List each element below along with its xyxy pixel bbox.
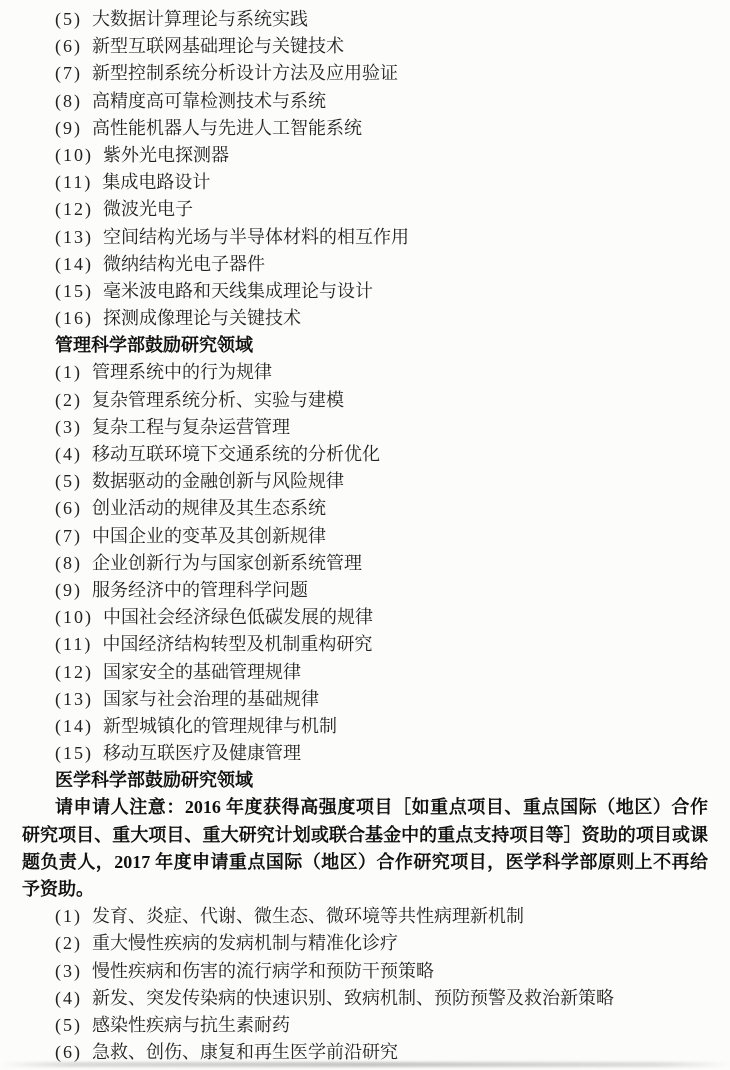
list-item-number: (11) — [55, 169, 92, 196]
list-item: (15)毫米波电路和天线集成理论与设计 — [22, 278, 708, 305]
notice-line: 予资助。 — [22, 876, 708, 903]
list-item: (10)中国社会经济绿色低碳发展的规律 — [22, 604, 708, 631]
list-item-number: (5) — [55, 1012, 82, 1039]
list-item-text: 发育、炎症、代谢、微生态、微环境等共性病理新机制 — [92, 906, 524, 926]
list-item-text: 移动互联环境下交通系统的分析优化 — [92, 444, 380, 464]
list-item-number: (12) — [55, 196, 93, 223]
list-item: (2)重大慢性疾病的发病机制与精准化诊疗 — [22, 930, 708, 957]
list-item-number: (14) — [55, 251, 93, 278]
list-item-text: 新型互联网基础理论与关键技术 — [92, 36, 344, 56]
list-item-text: 紫外光电探测器 — [103, 145, 229, 165]
list-item-number: (4) — [55, 441, 82, 468]
list-item-text: 复杂工程与复杂运营管理 — [92, 417, 290, 437]
list-item: (12)国家安全的基础管理规律 — [22, 659, 708, 686]
list-item-number: (15) — [55, 740, 93, 767]
list-item: (7)中国企业的变革及其创新规律 — [22, 523, 708, 550]
list-item-text: 新发、突发传染病的快速识别、致病机制、预防预警及救治新策略 — [92, 988, 614, 1008]
list-item-text: 企业创新行为与国家创新系统管理 — [92, 553, 362, 573]
list-item: (3)复杂工程与复杂运营管理 — [22, 414, 708, 441]
list-item-text: 中国企业的变革及其创新规律 — [92, 526, 326, 546]
list-item: (15)移动互联医疗及健康管理 — [22, 740, 708, 767]
list-item-text: 移动互联医疗及健康管理 — [103, 743, 301, 763]
scan-artifact — [0, 1062, 730, 1067]
list-item: (9)高性能机器人与先进人工智能系统 — [22, 115, 708, 142]
list-item-number: (6) — [55, 33, 82, 60]
list-item-text: 新型控制系统分析设计方法及应用验证 — [92, 63, 398, 83]
list-item-number: (13) — [55, 686, 93, 713]
list-item-number: (16) — [55, 305, 93, 332]
list-item-text: 中国经济结构转型及机制重构研究 — [102, 634, 372, 654]
list-item: (9)服务经济中的管理科学问题 — [22, 577, 708, 604]
list-item-number: (6) — [55, 495, 82, 522]
list-item-number: (3) — [55, 958, 82, 985]
list-item-text: 微纳结构光电子器件 — [103, 254, 265, 274]
list-item-text: 重大慢性疾病的发病机制与精准化诊疗 — [92, 933, 398, 953]
list-item-number: (1) — [55, 359, 82, 386]
list-item: (11)集成电路设计 — [22, 169, 708, 196]
list-item: (8)高精度高可靠检测技术与系统 — [22, 88, 708, 115]
list-item-number: (9) — [55, 577, 82, 604]
list-item-text: 国家与社会治理的基础规律 — [103, 689, 319, 709]
list-item: (4)移动互联环境下交通系统的分析优化 — [22, 441, 708, 468]
list-item-number: (5) — [55, 6, 82, 33]
list-item-number: (8) — [55, 550, 82, 577]
list-item-text: 服务经济中的管理科学问题 — [92, 580, 308, 600]
list-item-text: 集成电路设计 — [102, 172, 210, 192]
list-item-number: (7) — [55, 60, 82, 87]
list-item-number: (13) — [55, 224, 93, 251]
list-item-number: (3) — [55, 414, 82, 441]
list-item-number: (15) — [55, 278, 93, 305]
list-item: (8)企业创新行为与国家创新系统管理 — [22, 550, 708, 577]
list-item: (4)新发、突发传染病的快速识别、致病机制、预防预警及救治新策略 — [22, 985, 708, 1012]
section-heading-medical: 医学科学部鼓励研究领域 — [22, 767, 708, 794]
list-item-number: (2) — [55, 387, 82, 414]
list-item-number: (14) — [55, 713, 93, 740]
list-item: (6)创业活动的规律及其生态系统 — [22, 495, 708, 522]
list-item-text: 中国社会经济绿色低碳发展的规律 — [103, 607, 373, 627]
list-item-text: 数据驱动的金融创新与风险规律 — [92, 471, 344, 491]
list-item-number: (11) — [55, 631, 92, 658]
list-item-text: 高性能机器人与先进人工智能系统 — [92, 118, 362, 138]
list-item: (2)复杂管理系统分析、实验与建模 — [22, 387, 708, 414]
list-item-number: (1) — [55, 903, 82, 930]
list-item: (6)新型互联网基础理论与关键技术 — [22, 33, 708, 60]
document-page: (5)大数据计算理论与系统实践 (6)新型互联网基础理论与关键技术 (7)新型控… — [0, 0, 730, 1066]
list-item-text: 大数据计算理论与系统实践 — [92, 9, 308, 29]
list-item: (13)国家与社会治理的基础规律 — [22, 686, 708, 713]
list-item-number: (10) — [55, 604, 93, 631]
list-item: (1)发育、炎症、代谢、微生态、微环境等共性病理新机制 — [22, 903, 708, 930]
list-item: (10)紫外光电探测器 — [22, 142, 708, 169]
list-item-text: 复杂管理系统分析、实验与建模 — [92, 390, 344, 410]
list-item: (3)慢性疾病和伤害的流行病学和预防干预策略 — [22, 958, 708, 985]
list-item-text: 管理系统中的行为规律 — [92, 362, 272, 382]
list-item: (5)大数据计算理论与系统实践 — [22, 6, 708, 33]
list-item: (12)微波光电子 — [22, 196, 708, 223]
list-item-text: 国家安全的基础管理规律 — [103, 662, 301, 682]
list-item: (7)新型控制系统分析设计方法及应用验证 — [22, 60, 708, 87]
list-item-text: 空间结构光场与半导体材料的相互作用 — [103, 227, 409, 247]
list-item-text: 探测成像理论与关键技术 — [103, 308, 301, 328]
list-item: (13)空间结构光场与半导体材料的相互作用 — [22, 224, 708, 251]
list-item-text: 创业活动的规律及其生态系统 — [92, 498, 326, 518]
list-item-number: (10) — [55, 142, 93, 169]
list-item-number: (7) — [55, 523, 82, 550]
notice-line: 请申请人注意：2016 年度获得高强度项目［如重点项目、重点国际（地区）合作 — [22, 794, 708, 821]
list-item-number: (8) — [55, 88, 82, 115]
list-item-text: 急救、创伤、康复和再生医学前沿研究 — [92, 1042, 398, 1062]
list-item: (5)感染性疾病与抗生素耐药 — [22, 1012, 708, 1039]
section-heading-management: 管理科学部鼓励研究领域 — [22, 332, 708, 359]
list-item: (16)探测成像理论与关键技术 — [22, 305, 708, 332]
list-item-number: (5) — [55, 468, 82, 495]
list-item-text: 感染性疾病与抗生素耐药 — [92, 1015, 290, 1035]
notice-line: 题负责人，2017 年度申请重点国际（地区）合作研究项目，医学科学部原则上不再给 — [22, 849, 708, 876]
list-item-text: 新型城镇化的管理规律与机制 — [103, 716, 337, 736]
list-item: (1)管理系统中的行为规律 — [22, 359, 708, 386]
list-item-text: 微波光电子 — [103, 199, 193, 219]
list-item-number: (12) — [55, 659, 93, 686]
list-item-number: (4) — [55, 985, 82, 1012]
list-item-text: 毫米波电路和天线集成理论与设计 — [103, 281, 373, 301]
list-item-text: 慢性疾病和伤害的流行病学和预防干预策略 — [92, 961, 434, 981]
list-item-number: (2) — [55, 930, 82, 957]
list-item: (14)微纳结构光电子器件 — [22, 251, 708, 278]
list-item: (5)数据驱动的金融创新与风险规律 — [22, 468, 708, 495]
notice-line: 研究项目、重大项目、重大研究计划或联合基金中的重点支持项目等］资助的项目或课 — [22, 822, 708, 849]
list-item: (11)中国经济结构转型及机制重构研究 — [22, 631, 708, 658]
list-item-text: 高精度高可靠检测技术与系统 — [92, 91, 326, 111]
list-item-number: (9) — [55, 115, 82, 142]
list-item: (14)新型城镇化的管理规律与机制 — [22, 713, 708, 740]
